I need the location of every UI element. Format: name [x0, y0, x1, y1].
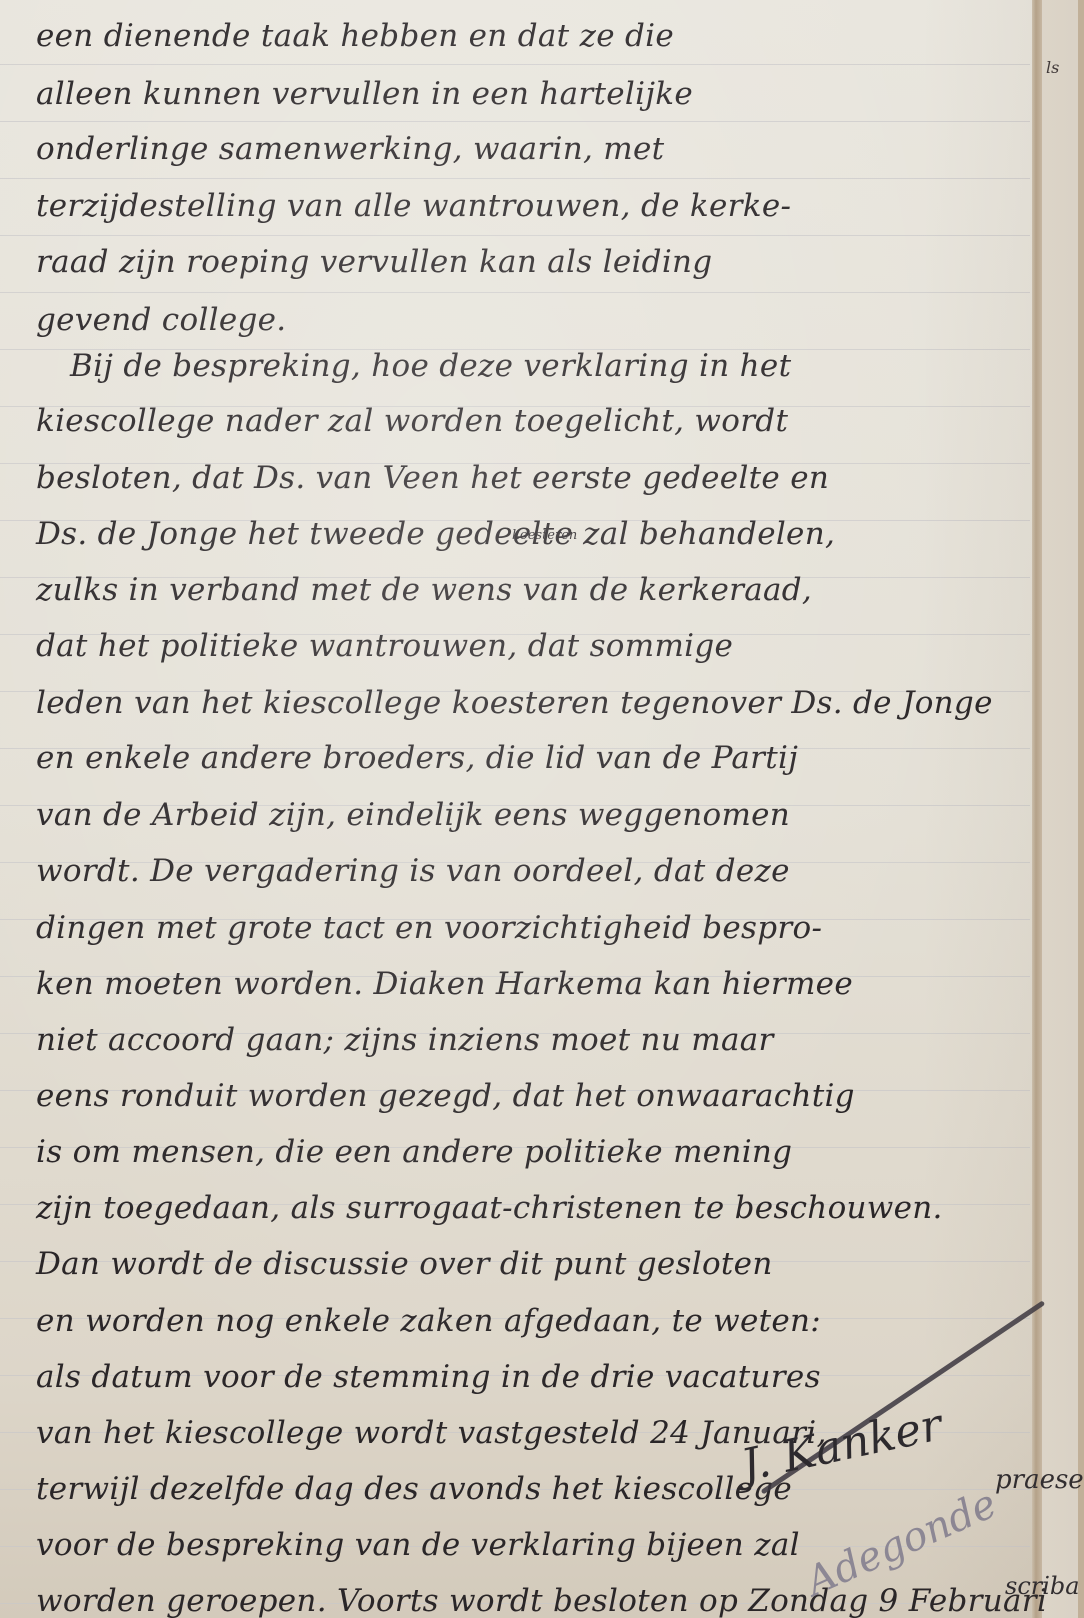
ruled-line	[0, 121, 1030, 122]
text-line: en worden nog enkele zaken afgedaan, te …	[36, 1303, 821, 1339]
text-line: voor de bespreking van de verklaring bij…	[36, 1527, 800, 1563]
signature-primary: J. Kanker	[737, 1399, 947, 1491]
text-line: en enkele andere broeders, die lid van d…	[36, 740, 798, 776]
ruled-line	[0, 178, 1030, 179]
text-line: zijn toegedaan, als surrogaat-christenen…	[36, 1190, 943, 1226]
role-label-scriba: scriba	[1005, 1572, 1080, 1600]
text-line: worden geroepen. Voorts wordt besloten o…	[36, 1583, 1047, 1618]
interlinear-insertion: koesteren	[512, 528, 577, 543]
text-line: dat het politieke wantrouwen, dat sommig…	[36, 628, 733, 664]
ruled-line	[0, 235, 1030, 236]
text-line: leden van het kiescollege koesteren tege…	[36, 685, 993, 721]
text-line: eens ronduit worden gezegd, dat het onwa…	[36, 1078, 855, 1114]
text-line: een dienende taak hebben en dat ze die	[36, 18, 674, 54]
ruled-line	[0, 64, 1030, 65]
text-line: terwijl dezelfde dag des avonds het kies…	[36, 1471, 792, 1507]
notebook-page: ls een dienende taak hebben en dat ze di…	[0, 0, 1084, 1618]
text-line: onderlinge samenwerking, waarin, met	[36, 131, 664, 167]
text-line: van het kiescollege wordt vastgesteld 24…	[36, 1415, 827, 1451]
role-label-praeses: praeses	[995, 1465, 1084, 1495]
page-edge	[1078, 0, 1084, 1618]
text-line: kiescollege nader zal worden toegelicht,…	[36, 403, 788, 439]
text-line: alleen kunnen vervullen in een hartelijk…	[36, 76, 693, 112]
margin-rule	[1032, 0, 1042, 1618]
paragraph-start-line: Bij de bespreking, hoe deze verklaring i…	[70, 348, 791, 384]
text-line: van de Arbeid zijn, eindelijk eens wegge…	[36, 797, 790, 833]
text-line: als datum voor de stemming in de drie va…	[36, 1359, 821, 1395]
text-line: is om mensen, die een andere politieke m…	[36, 1134, 792, 1170]
text-line: niet accoord gaan; zijns inziens moet nu…	[36, 1022, 774, 1058]
text-line: raad zijn roeping vervullen kan als leid…	[36, 244, 712, 280]
margin-annotation: ls	[1046, 58, 1059, 77]
text-line: ken moeten worden. Diaken Harkema kan hi…	[36, 966, 853, 1002]
text-line: wordt. De vergadering is van oordeel, da…	[36, 853, 790, 889]
text-line: Ds. de Jonge het tweede gedeelte zal beh…	[36, 516, 835, 552]
ruled-line	[0, 292, 1030, 293]
text-line: dingen met grote tact en voorzichtigheid…	[36, 910, 822, 946]
text-line: zulks in verband met de wens van de kerk…	[36, 572, 812, 608]
text-line: Dan wordt de discussie over dit punt ges…	[36, 1246, 773, 1282]
text-line: terzijdestelling van alle wantrouwen, de…	[36, 188, 791, 224]
text-line: gevend college.	[36, 302, 286, 338]
text-line: besloten, dat Ds. van Veen het eerste ge…	[36, 460, 829, 496]
